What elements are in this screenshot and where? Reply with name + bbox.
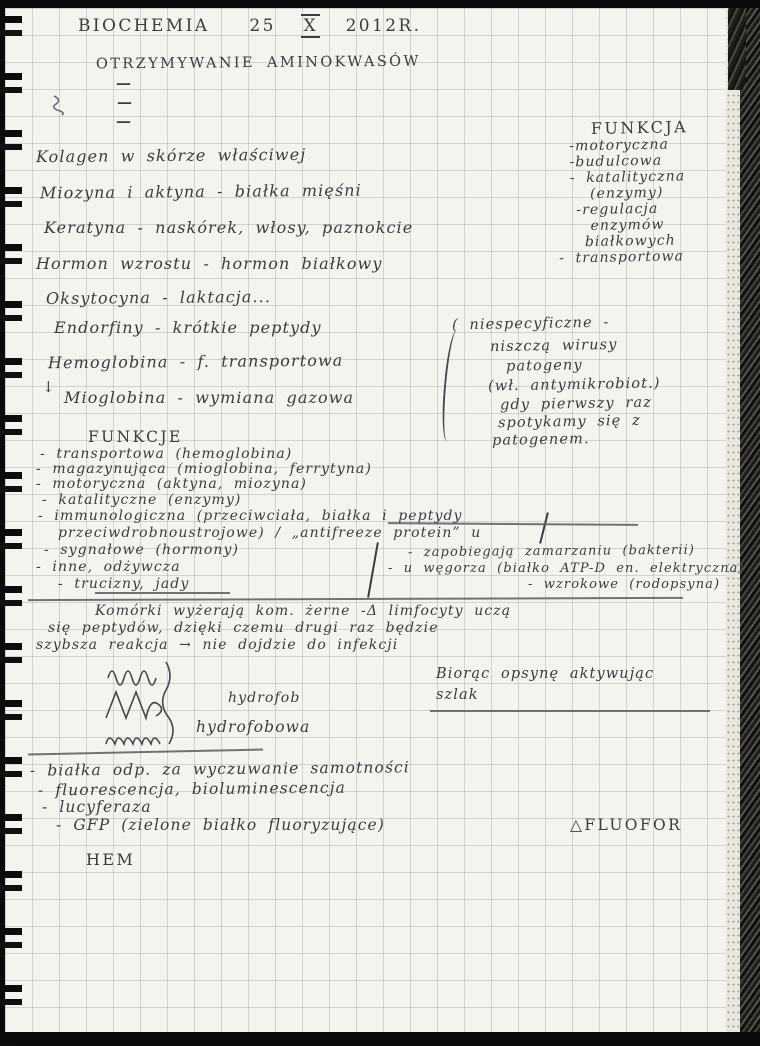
protein-line: Miozyna i aktyna - białka mięśni	[40, 181, 362, 203]
funkcje-item: - transportowa (hemoglobina)	[40, 446, 292, 462]
funkcja-margin-box: FUNKCJA -motoryczna -budulcowa - katalit…	[555, 116, 738, 266]
bottom-line: - lucyferaza	[42, 798, 152, 816]
protein-line: Keratyna - naskórek, włosy, paznokcie	[44, 218, 413, 237]
fluofor-label: △FLUOFOR	[570, 816, 682, 834]
peptide-line: Hemoglobina - f. transportowa	[48, 351, 344, 373]
bottom-line: - fluorescencja, bioluminescencja	[38, 779, 346, 800]
side-note-line: niszczą wirusy	[490, 337, 618, 355]
course-name: BIOCHEMIA	[78, 16, 209, 36]
funkcja-title: FUNKCJA	[591, 116, 735, 138]
pen-underline	[95, 592, 230, 594]
spiral-binding-marks	[0, 0, 22, 1046]
funkcje-item: przeciwdrobnoustrojowe) / „antifreeze pr…	[58, 525, 481, 541]
opsin-note-line: szlak	[436, 687, 479, 703]
notebook-page-scan: BIOCHEMIA25 X 2012R. OTRZYMYWANIE AMINOK…	[0, 0, 760, 1046]
immunity-line: się peptydów, dzięki czemu drugi raz będ…	[48, 620, 439, 636]
note-title: BIOCHEMIA25 X 2012R.	[78, 16, 421, 36]
funkcje-title: FUNKCJE	[88, 428, 183, 446]
side-note-line: patogenem.	[492, 431, 590, 449]
pen-underline	[430, 710, 710, 712]
scan-edge-bottom	[0, 1032, 760, 1046]
squiggle-doodle	[100, 660, 250, 752]
list-dash: —	[116, 112, 131, 130]
funkcje-item: - sygnałowe (hormony)	[44, 542, 239, 558]
opsin-note-line: Biorąc opsynę aktywując	[436, 666, 654, 682]
note-subtitle: OTRZYMYWANIE AMINOKWASÓW	[96, 54, 421, 73]
immunity-line: Komórki wyżerają kom. żerne -Δ limfocyty…	[95, 603, 511, 619]
peptide-line: Endorfiny - krótkie peptydy	[54, 318, 322, 337]
funkcje-item: - katalityczne (enzymy)	[42, 492, 241, 508]
protein-line: Hormon wzrostu - hormon białkowy	[36, 254, 383, 273]
funkcja-item: - transportowa	[559, 247, 737, 266]
protein-line: Oksytocyna - laktacja...	[46, 287, 271, 308]
book-fabric-edge	[740, 0, 760, 1046]
date-month-roman-numeral: X	[301, 14, 320, 38]
hem-label: HEM	[86, 850, 135, 869]
book-fabric-corner	[728, 0, 746, 90]
peptide-line: Mioglobina - wymiana gazowa	[64, 388, 354, 407]
immunity-line: szybsza reakcja → nie dojdzie do infekcj…	[36, 637, 398, 653]
funkcje-item: - motoryczna (aktyna, miozyna)	[36, 476, 307, 492]
funkcje-right-note: - u węgorza (białko ATP-D en. elektryczn…	[388, 561, 745, 576]
list-dash: —	[117, 93, 132, 111]
funkcje-item: - inne, odżywcza	[36, 559, 181, 575]
side-note-line: patogeny	[506, 357, 583, 374]
side-note-line: gdy pierwszy raz	[500, 395, 652, 414]
funkcje-right-note: - zapobiegają zamarzaniu (bakterii)	[408, 543, 695, 561]
funkcje-right-note: - wzrokowe (rodopsyna)	[528, 577, 720, 592]
bottom-line: - białka odp. za wyczuwanie samotności	[30, 758, 410, 779]
pencil-scribble	[50, 92, 70, 114]
funkcje-item: - magazynująca (mioglobina, ferrytyna)	[36, 461, 372, 477]
margin-arrow-down: ↓	[42, 378, 55, 396]
date-day: 25	[249, 16, 275, 36]
date-year: 2012R.	[346, 16, 422, 36]
scan-edge-top	[0, 0, 760, 8]
side-note-line: (wł. antymikrobiot.)	[488, 375, 661, 394]
protein-line: Kolagen w skórze właściwej	[36, 145, 306, 166]
bottom-line: - GFP (zielone białko fluoryzujące)	[56, 816, 385, 834]
side-note-line: spotykamy się z	[498, 413, 641, 431]
funkcje-item: - trucizny, jady	[58, 576, 189, 592]
doodle-label: hydrofob	[228, 690, 300, 706]
list-dash: —	[116, 74, 131, 92]
side-note-line: ( niespecyficzne -	[452, 315, 610, 334]
doodle-label: hydrofobowa	[196, 718, 310, 736]
